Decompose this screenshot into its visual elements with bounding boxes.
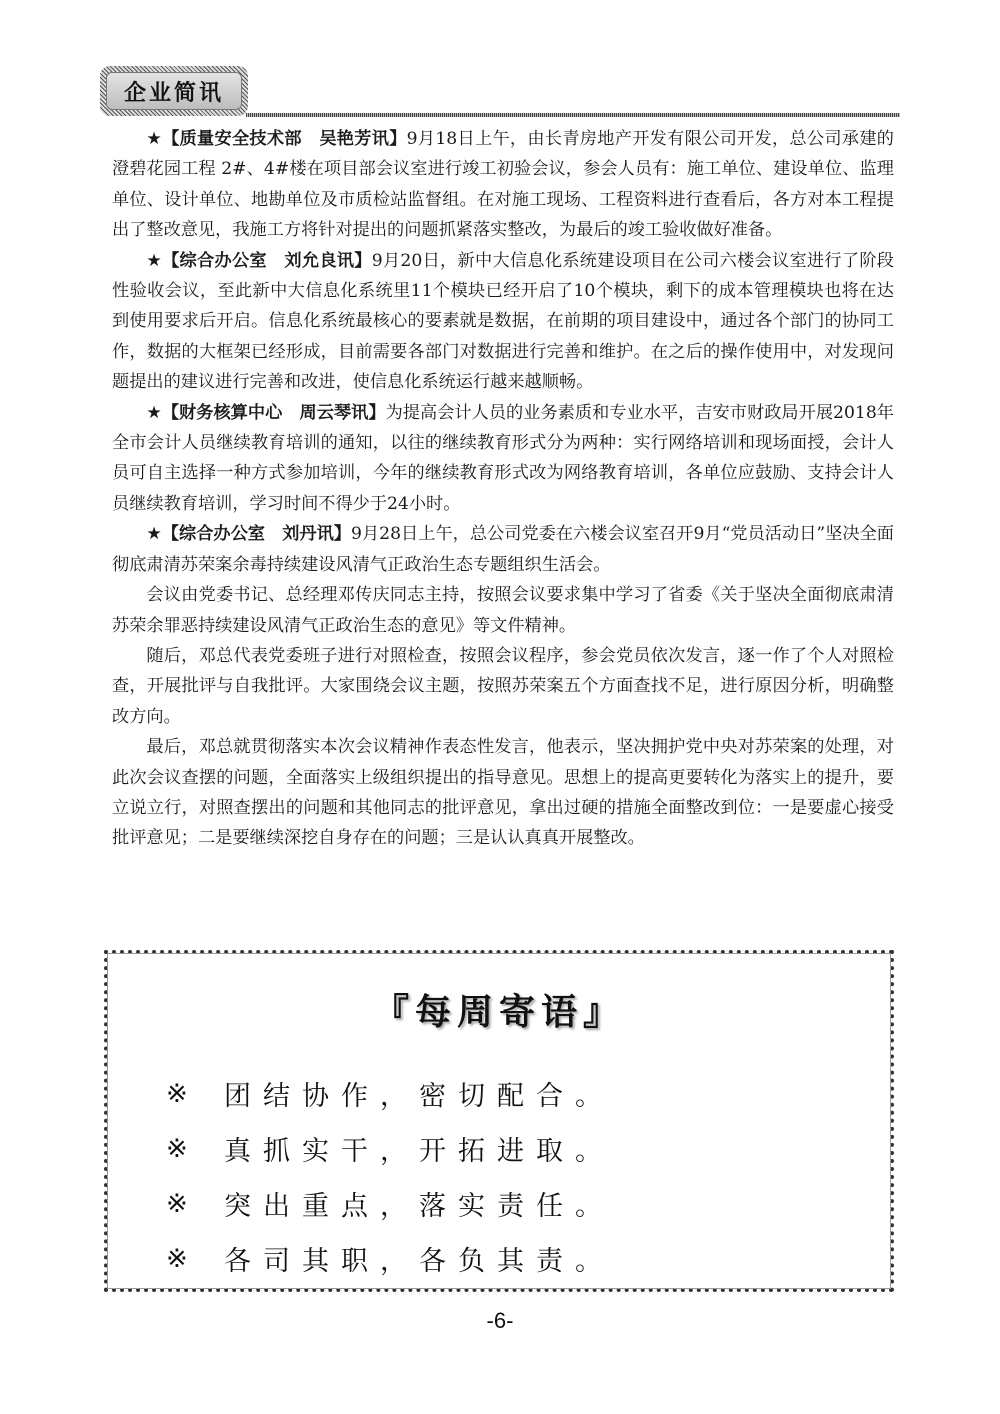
motto-item: ※ 各司其职，各负其责。	[166, 1231, 614, 1286]
reference-mark-icon: ※	[166, 1079, 224, 1109]
news-item: ★【综合办公室 刘丹讯】9月28日上午，总公司党委在六楼会议室召开9月“党员活动…	[112, 519, 894, 580]
weekly-message-box: 『每周寄语』 ※ 团结协作，密切配合。 ※ 真抓实干，开拓进取。 ※ 突出重点，…	[104, 950, 894, 1292]
motto-text: 团结协作，密切配合。	[224, 1074, 614, 1113]
paragraph: 随后，邓总代表党委班子进行对照检查，按照会议程序，参会党员依次发言，逐一作了个人…	[112, 641, 894, 732]
motto-list: ※ 团结协作，密切配合。 ※ 真抓实干，开拓进取。 ※ 突出重点，落实责任。 ※…	[166, 1066, 614, 1286]
news-lead: ★【质量安全技术部 吴艳芳讯】	[146, 129, 406, 149]
news-content: ★【质量安全技术部 吴艳芳讯】9月18日上午，由长青房地产开发有限公司开发，总公…	[112, 124, 894, 854]
weekly-message-title: 『每周寄语』	[108, 984, 890, 1035]
news-lead: ★【财务核算中心 周云琴讯】	[146, 403, 385, 423]
section-badge: 企业简讯	[100, 66, 248, 116]
motto-item: ※ 真抓实干，开拓进取。	[166, 1121, 614, 1176]
section-header: 企业简讯	[100, 66, 900, 126]
page-number: -6-	[0, 1308, 1000, 1334]
motto-item: ※ 团结协作，密切配合。	[166, 1066, 614, 1121]
paragraph: 最后，邓总就贯彻落实本次会议精神作表态性发言，他表示，坚决拥护党中央对苏荣案的处…	[112, 732, 894, 854]
motto-item: ※ 突出重点，落实责任。	[166, 1176, 614, 1231]
news-item: ★【综合办公室 刘允良讯】9月20日，新中大信息化系统建设项目在公司六楼会议室进…	[112, 246, 894, 398]
news-item: ★【质量安全技术部 吴艳芳讯】9月18日上午，由长青房地产开发有限公司开发，总公…	[112, 124, 894, 246]
reference-mark-icon: ※	[166, 1189, 224, 1219]
paragraph: 会议由党委书记、总经理邓传庆同志主持，按照会议要求集中学习了省委《关于坚决全面彻…	[112, 580, 894, 641]
news-lead: ★【综合办公室 刘允良讯】	[146, 251, 371, 271]
news-lead: ★【综合办公室 刘丹讯】	[146, 524, 351, 544]
motto-text: 各司其职，各负其责。	[224, 1239, 614, 1278]
reference-mark-icon: ※	[166, 1244, 224, 1274]
news-body: 9月20日，新中大信息化系统建设项目在公司六楼会议室进行了阶段性验收会议，至此新…	[112, 251, 894, 393]
news-item: ★【财务核算中心 周云琴讯】为提高会计人员的业务素质和专业水平，吉安市财政局开展…	[112, 398, 894, 520]
motto-text: 突出重点，落实责任。	[224, 1184, 614, 1223]
section-title: 企业简讯	[106, 72, 242, 110]
header-divider	[246, 113, 900, 117]
reference-mark-icon: ※	[166, 1134, 224, 1164]
motto-text: 真抓实干，开拓进取。	[224, 1129, 614, 1168]
